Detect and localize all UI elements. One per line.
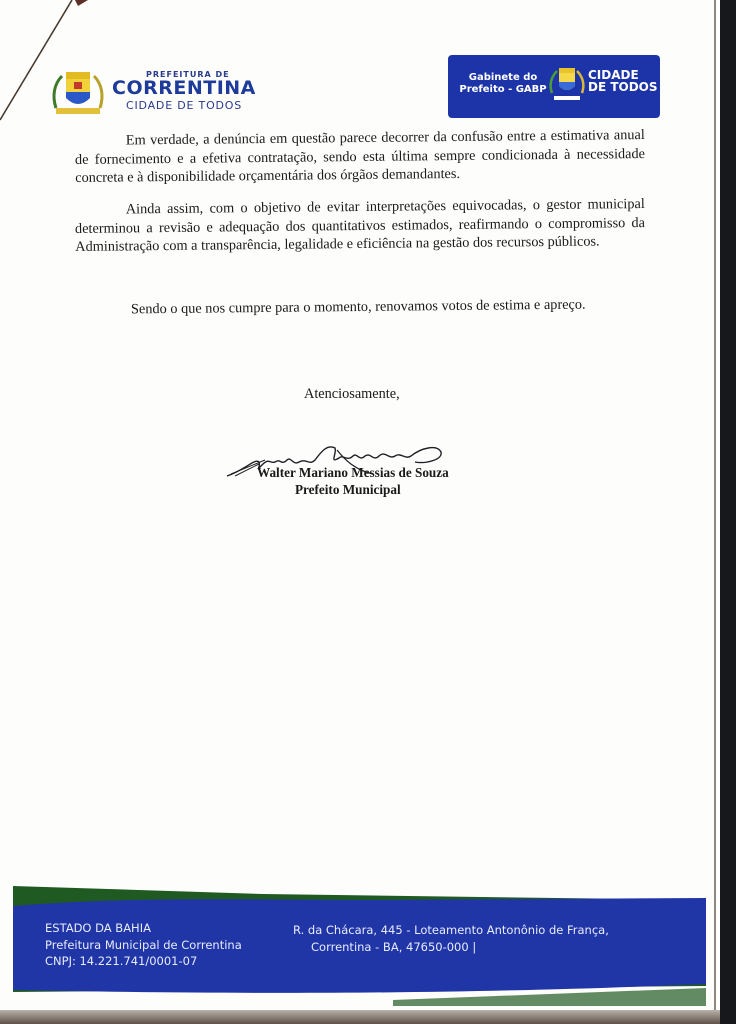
signer-title: Prefeito Municipal xyxy=(295,482,401,498)
slogan-line2: DE TODOS xyxy=(588,81,658,93)
background-edge xyxy=(720,0,736,1024)
paragraph-1: Em verdade, a denúncia em questão parece… xyxy=(75,126,646,187)
footer-entity: Prefeitura Municipal de Correntina xyxy=(45,937,242,954)
footer-address: R. da Chácara, 445 - Loteamento Antonôni… xyxy=(293,922,609,956)
closing-sentence: Sendo o que nos cumpre para o momento, r… xyxy=(131,297,586,319)
document-page: PREFEITURA DE CORRENTINA CIDADE DE TODOS… xyxy=(0,0,718,1024)
cabinet-badge: Gabinete do Prefeito - GABP CIDADE DE TO… xyxy=(448,55,660,118)
logo-name: CORRENTINA xyxy=(112,77,256,99)
footer-entity-info: ESTADO DA BAHIA Prefeitura Municipal de … xyxy=(45,920,242,970)
municipal-crest-icon xyxy=(548,65,586,105)
letterhead-footer: ESTADO DA BAHIA Prefeitura Municipal de … xyxy=(13,884,706,1006)
signer-name: Walter Mariano Messias de Souza xyxy=(257,465,449,481)
municipal-crest-icon xyxy=(50,68,106,118)
regards: Atenciosamente, xyxy=(304,386,400,403)
correntina-logo: PREFEITURA DE CORRENTINA CIDADE DE TODOS xyxy=(50,68,280,118)
footer-address-line2: Correntina - BA, 47650-000 | xyxy=(293,939,609,956)
paragraph-1-text: Em verdade, a denúncia em questão parece… xyxy=(75,127,645,186)
paragraph-2: Ainda assim, com o objetivo de evitar in… xyxy=(75,195,646,256)
cabinet-label-line1: Gabinete do xyxy=(458,72,548,84)
page-edge xyxy=(714,0,716,1024)
logo-tagline: CIDADE DE TODOS xyxy=(126,99,242,112)
footer-cnpj: CNPJ: 14.221.741/0001-07 xyxy=(45,953,242,970)
cabinet-label: Gabinete do Prefeito - GABP xyxy=(458,72,548,96)
table-surface xyxy=(0,1010,720,1024)
footer-state: ESTADO DA BAHIA xyxy=(45,920,242,937)
paragraph-2-text: Ainda assim, com o objetivo de evitar in… xyxy=(75,196,645,255)
cabinet-slogan: CIDADE DE TODOS xyxy=(588,69,658,93)
footer-address-line1: R. da Chácara, 445 - Loteamento Antonôni… xyxy=(293,923,609,937)
cabinet-label-line2: Prefeito - GABP xyxy=(458,84,548,96)
